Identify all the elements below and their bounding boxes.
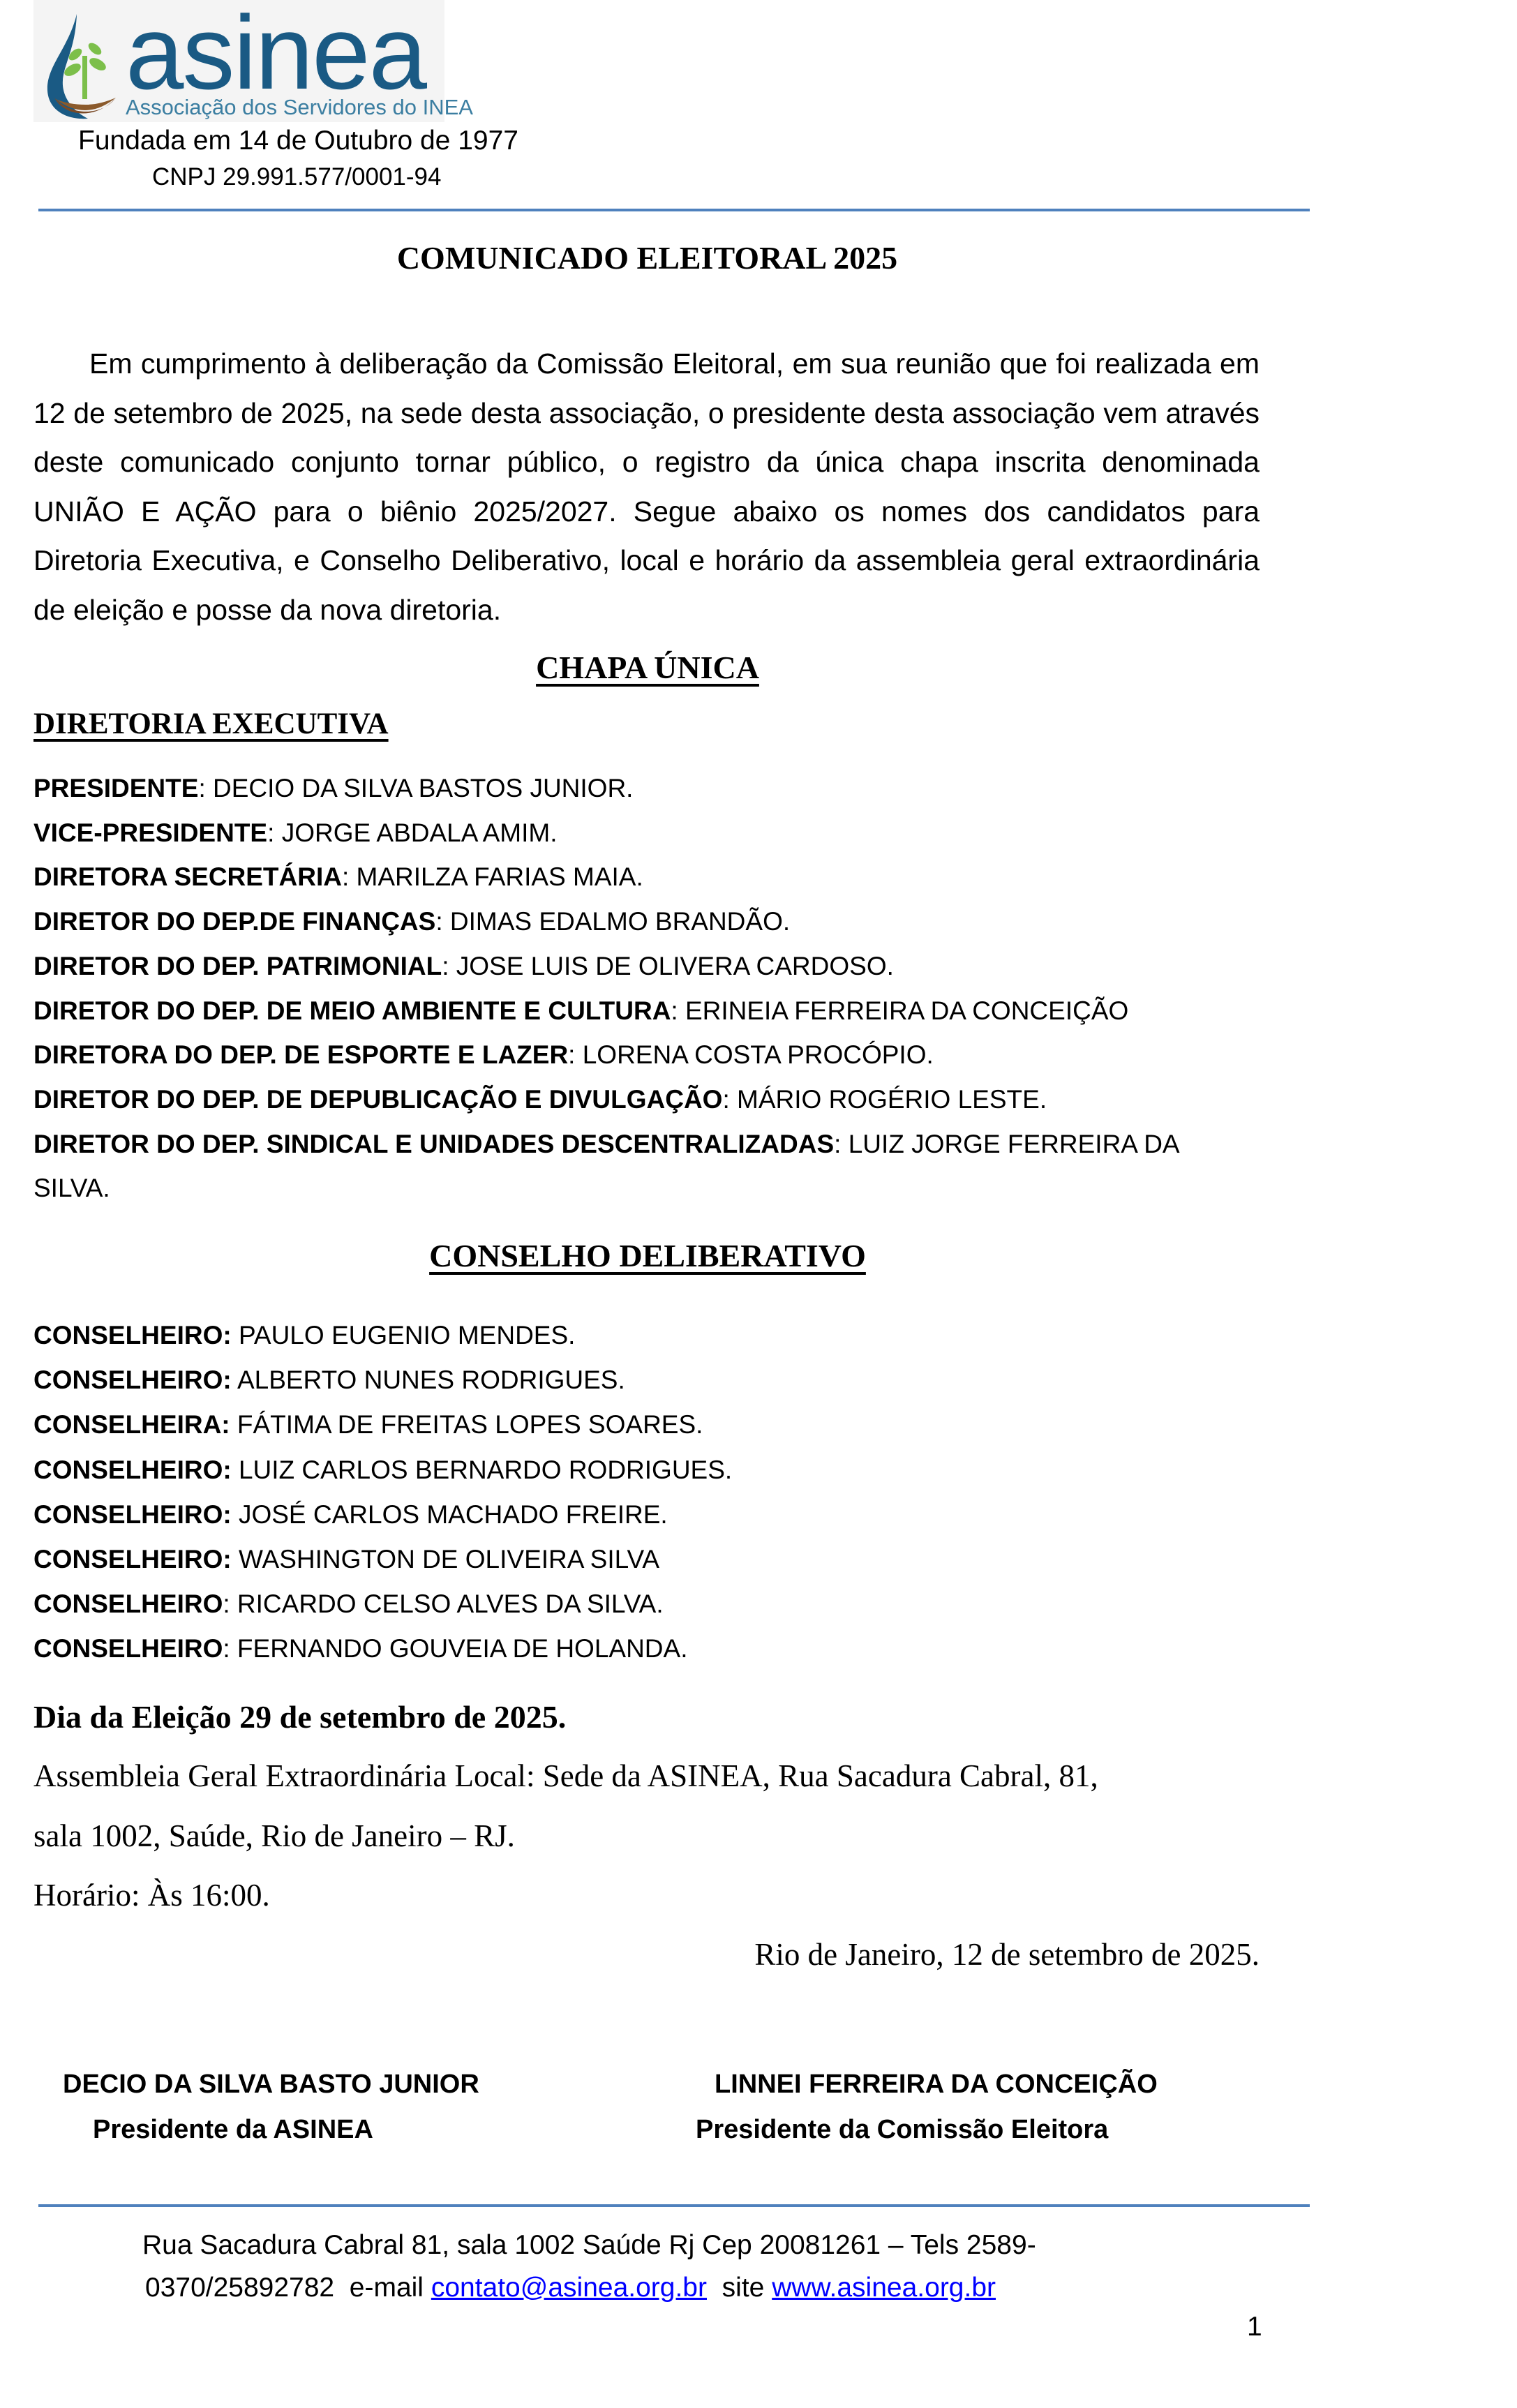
- member-name: WASHINGTON DE OLIVEIRA SILVA: [239, 1545, 659, 1573]
- council-heading: CONSELHO DELIBERATIVO: [0, 1237, 1295, 1274]
- list-item: CONSELHEIRO: FERNANDO GOUVEIA DE HOLANDA…: [33, 1626, 732, 1671]
- assembly-location-line-1: Assembleia Geral Extraordinária Local: S…: [33, 1758, 1098, 1794]
- member-name: LORENA COSTA PROCÓPIO.: [583, 1040, 934, 1069]
- site-label: site: [707, 2273, 772, 2303]
- list-item: PRESIDENTE: DECIO DA SILVA BASTOS JUNIOR…: [33, 766, 1180, 811]
- member-name: FÁTIMA DE FREITAS LOPES SOARES.: [237, 1410, 703, 1439]
- member-name: DIMAS EDALMO BRANDÃO.: [450, 907, 790, 936]
- member-role: CONSELHEIRO: [33, 1634, 223, 1663]
- list-item: CONSELHEIRO: WASHINGTON DE OLIVEIRA SILV…: [33, 1537, 732, 1582]
- executive-board-heading: DIRETORIA EXECUTIVA: [33, 707, 389, 741]
- water-drop-sprout-icon: [33, 0, 131, 122]
- member-role: CONSELHEIRO:: [33, 1321, 232, 1349]
- member-name: ERINEIA FERREIRA DA CONCEIÇÃO: [685, 996, 1128, 1025]
- list-item: CONSELHEIRO: JOSÉ CARLOS MACHADO FREIRE.: [33, 1493, 732, 1537]
- list-item: DIRETOR DO DEP. DE DEPUBLICAÇÃO E DIVULG…: [33, 1077, 1180, 1122]
- signature-title: Presidente da Comissão Eleitora: [696, 2115, 1108, 2145]
- list-item: DIRETORA DO DEP. DE ESPORTE E LAZER: LOR…: [33, 1033, 1180, 1077]
- list-item: DIRETOR DO DEP. SINDICAL E UNIDADES DESC…: [33, 1122, 1180, 1167]
- list-item: VICE-PRESIDENTE: JORGE ABDALA AMIM.: [33, 811, 1180, 855]
- list-item: DIRETORA SECRETÁRIA: MARILZA FARIAS MAIA…: [33, 855, 1180, 899]
- email-link[interactable]: contato@asinea.org.br: [431, 2273, 707, 2303]
- list-item: CONSELHEIRO: LUIZ CARLOS BERNARDO RODRIG…: [33, 1448, 732, 1493]
- header-divider: [38, 209, 1310, 211]
- list-item: CONSELHEIRA: FÁTIMA DE FREITAS LOPES SOA…: [33, 1403, 732, 1447]
- member-name: DECIO DA SILVA BASTOS JUNIOR.: [213, 774, 633, 802]
- member-role: DIRETOR DO DEP. DE MEIO AMBIENTE E CULTU…: [33, 996, 671, 1025]
- member-role: CONSELHEIRO:: [33, 1545, 232, 1573]
- member-role: PRESIDENTE: [33, 774, 198, 802]
- document-title: COMUNICADO ELEITORAL 2025: [0, 239, 1294, 276]
- member-name: ALBERTO NUNES RODRIGUES.: [237, 1366, 625, 1394]
- website-link[interactable]: www.asinea.org.br: [772, 2273, 996, 2303]
- list-item: CONSELHEIRO: PAULO EUGENIO MENDES.: [33, 1313, 732, 1358]
- assembly-location-line-2: sala 1002, Saúde, Rio de Janeiro – RJ.: [33, 1818, 515, 1854]
- member-role: CONSELHEIRO:: [33, 1366, 232, 1394]
- member-name: PAULO EUGENIO MENDES.: [239, 1321, 575, 1349]
- founded-date: Fundada em 14 de Outubro de 1977: [78, 126, 518, 156]
- election-day: Dia da Eleição 29 de setembro de 2025.: [33, 1698, 566, 1735]
- member-role: VICE-PRESIDENTE: [33, 818, 267, 847]
- list-item: DIRETOR DO DEP. PATRIMONIAL: JOSE LUIS D…: [33, 944, 1180, 989]
- asinea-logo: asinea Associação dos Servidores do INEA: [33, 0, 444, 122]
- executive-board-list: PRESIDENTE: DECIO DA SILVA BASTOS JUNIOR…: [33, 766, 1180, 1211]
- slate-heading: CHAPA ÚNICA: [0, 649, 1295, 686]
- member-name: JOSE LUIS DE OLIVERA CARDOSO.: [456, 952, 894, 980]
- footer-address: Rua Sacadura Cabral 81, sala 1002 Saúde …: [142, 2230, 1036, 2261]
- member-role: DIRETOR DO DEP. SINDICAL E UNIDADES DESC…: [33, 1130, 834, 1158]
- page-number: 1: [1247, 2312, 1262, 2342]
- logo-tagline: Associação dos Servidores do INEA: [126, 95, 473, 120]
- signature-name: LINNEI FERREIRA DA CONCEIÇÃO: [715, 2070, 1158, 2100]
- list-item: DIRETOR DO DEP. DE MEIO AMBIENTE E CULTU…: [33, 989, 1180, 1033]
- footer-phone: 0370/25892782 e-mail: [145, 2273, 431, 2303]
- member-name: LUIZ JORGE FERREIRA DA: [849, 1130, 1180, 1158]
- signature-name: DECIO DA SILVA BASTO JUNIOR: [63, 2070, 479, 2100]
- intro-paragraph: Em cumprimento à deliberação da Comissão…: [33, 339, 1260, 634]
- member-name: LUIZ CARLOS BERNARDO RODRIGUES.: [239, 1456, 732, 1484]
- list-item: DIRETOR DO DEP.DE FINANÇAS: DIMAS EDALMO…: [33, 899, 1180, 944]
- member-role: DIRETORA SECRETÁRIA: [33, 862, 342, 891]
- member-name: : FERNANDO GOUVEIA DE HOLANDA.: [223, 1634, 687, 1663]
- member-role: DIRETOR DO DEP. PATRIMONIAL: [33, 952, 442, 980]
- member-name: MARILZA FARIAS MAIA.: [357, 862, 643, 891]
- list-item: CONSELHEIRO: RICARDO CELSO ALVES DA SILV…: [33, 1582, 732, 1626]
- footer-contact: 0370/25892782 e-mail contato@asinea.org.…: [145, 2273, 996, 2303]
- list-item-continuation: SILVA.: [33, 1166, 1180, 1211]
- member-name: JOSÉ CARLOS MACHADO FREIRE.: [239, 1500, 668, 1529]
- member-name: JORGE ABDALA AMIM.: [282, 818, 558, 847]
- member-role: CONSELHEIRO: [33, 1590, 223, 1618]
- council-list: CONSELHEIRO: PAULO EUGENIO MENDES. CONSE…: [33, 1313, 732, 1672]
- member-role: DIRETOR DO DEP. DE DEPUBLICAÇÃO E DIVULG…: [33, 1085, 722, 1114]
- member-name: : RICARDO CELSO ALVES DA SILVA.: [223, 1590, 663, 1618]
- member-role: CONSELHEIRO:: [33, 1500, 232, 1529]
- member-role: DIRETORA DO DEP. DE ESPORTE E LAZER: [33, 1040, 568, 1069]
- assembly-schedule: Horário: Às 16:00.: [33, 1877, 270, 1913]
- member-name: MÁRIO ROGÉRIO LESTE.: [737, 1085, 1047, 1114]
- member-role: CONSELHEIRA:: [33, 1410, 230, 1439]
- signature-title: Presidente da ASINEA: [93, 2115, 373, 2145]
- member-role: CONSELHEIRO:: [33, 1456, 232, 1484]
- member-role: DIRETOR DO DEP.DE FINANÇAS: [33, 907, 435, 936]
- footer-divider: [38, 2204, 1310, 2207]
- list-item: CONSELHEIRO: ALBERTO NUNES RODRIGUES.: [33, 1358, 732, 1403]
- place-and-date: Rio de Janeiro, 12 de setembro de 2025.: [754, 1936, 1260, 1973]
- cnpj: CNPJ 29.991.577/0001-94: [152, 163, 441, 191]
